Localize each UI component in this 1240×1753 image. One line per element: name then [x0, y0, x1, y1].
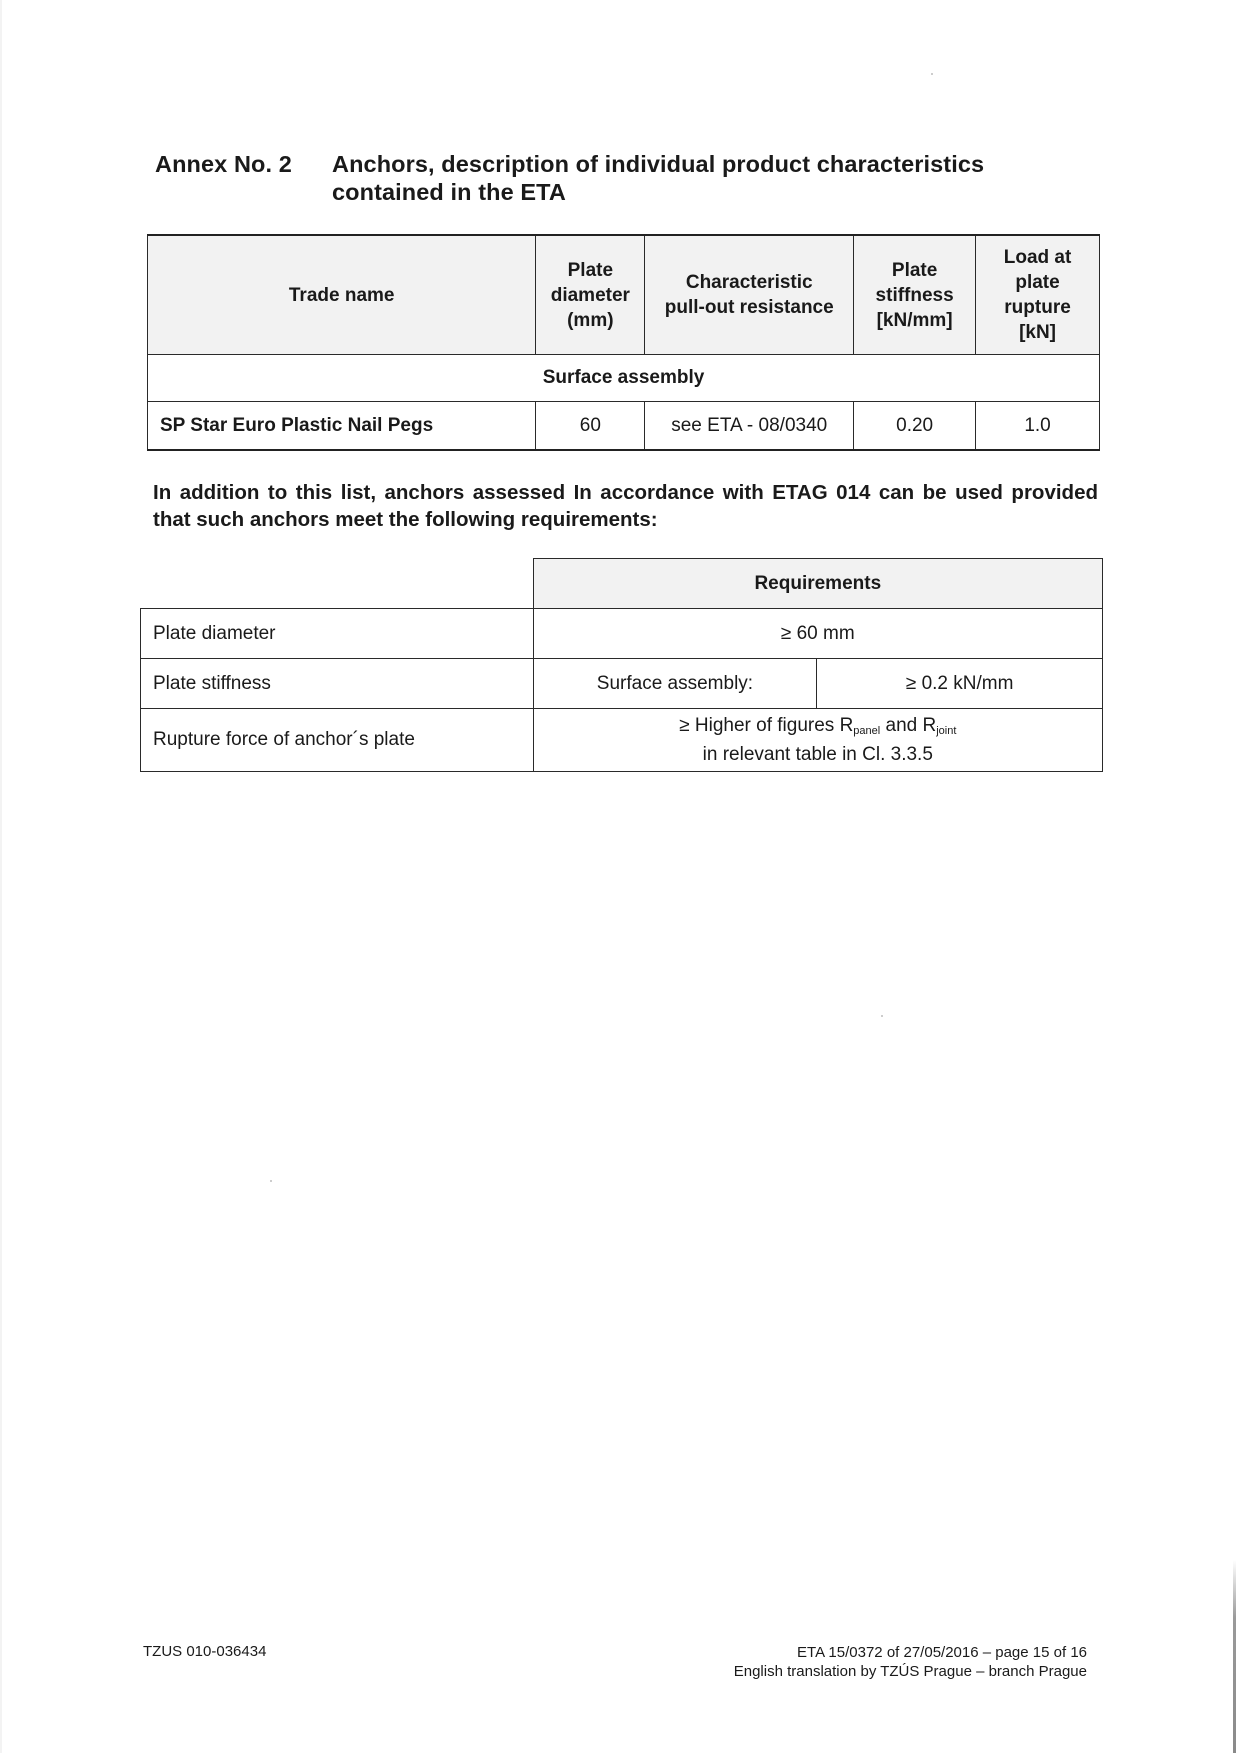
footer-doc-id: TZUS 010-036434 [143, 1643, 266, 1660]
header-text: stiffness [876, 285, 954, 306]
scan-edge-right [1233, 1560, 1236, 1753]
col-header-plate-stiffness: Plate stiffness [kN/mm] [854, 235, 976, 355]
col-header-trade-name: Trade name [148, 235, 536, 355]
header-text: Trade name [289, 285, 395, 306]
col-header-plate-diameter: Plate diameter (mm) [536, 235, 645, 355]
req-value-plate-diameter: ≥ 60 mm [533, 609, 1102, 659]
scan-speck [270, 1180, 272, 1182]
cell-plate-diameter: 60 [536, 402, 645, 451]
intro-paragraph: In addition to this list, anchors assess… [153, 479, 1098, 533]
req-label-plate-stiffness: Plate stiffness [141, 659, 534, 709]
requirements-table: Requirements Plate diameter ≥ 60 mm Plat… [140, 558, 1103, 772]
req-label-rupture-force: Rupture force of anchor´s plate [141, 709, 534, 772]
footer-eta-ref: ETA 15/0372 of 27/05/2016 – page 15 of 1… [734, 1643, 1087, 1662]
group-row: Surface assembly [148, 355, 1100, 402]
annex-number: Annex No. 2 [155, 150, 292, 178]
document-page: Annex No. 2 Anchors, description of indi… [0, 0, 1240, 1753]
req-label-plate-diameter: Plate diameter [141, 609, 534, 659]
header-text: (mm) [567, 310, 613, 331]
header-text: Plate [568, 260, 613, 281]
scan-edge-left [0, 0, 2, 1753]
empty-corner-cell [141, 559, 534, 609]
rupture-text-prefix: ≥ Higher of figures R [679, 715, 853, 736]
annex-title: Anchors, description of individual produ… [332, 150, 1052, 206]
header-text: Load at [1004, 247, 1072, 268]
table-row: Plate stiffness Surface assembly: ≥ 0.2 … [141, 659, 1103, 709]
req-value-rupture-force: ≥ Higher of figures Rpanel and Rjoint in… [533, 709, 1102, 772]
scan-speck [931, 73, 933, 75]
footer-translation-note: English translation by TZÚS Prague – bra… [734, 1662, 1087, 1681]
cell-load-at-rupture: 1.0 [976, 402, 1100, 451]
header-text: pull-out resistance [665, 297, 834, 318]
req-sublabel-surface-assembly: Surface assembly: [533, 659, 817, 709]
group-label-surface-assembly: Surface assembly [148, 355, 1100, 402]
cell-pull-out-resistance: see ETA - 08/0340 [645, 402, 854, 451]
table-row: Rupture force of anchor´s plate ≥ Higher… [141, 709, 1103, 772]
products-header-row: Trade name Plate diameter (mm) Character… [148, 235, 1100, 355]
scan-speck [881, 1015, 883, 1017]
header-text: Characteristic [686, 272, 813, 293]
header-text: rupture [1004, 297, 1071, 318]
cell-trade-name: SP Star Euro Plastic Nail Pegs [148, 402, 536, 451]
header-text: Plate [892, 260, 937, 281]
col-header-load-at-rupture: Load at plate rupture [kN] [976, 235, 1100, 355]
requirements-header-row: Requirements [141, 559, 1103, 609]
table-row: Plate diameter ≥ 60 mm [141, 609, 1103, 659]
req-value-plate-stiffness: ≥ 0.2 kN/mm [817, 659, 1103, 709]
subscript-joint: joint [936, 725, 956, 737]
cell-plate-stiffness: 0.20 [854, 402, 976, 451]
products-table: Trade name Plate diameter (mm) Character… [147, 234, 1100, 451]
header-text: [kN/mm] [877, 310, 953, 331]
rupture-text-mid: and R [880, 715, 936, 736]
header-text: diameter [551, 285, 630, 306]
header-text: plate [1015, 272, 1059, 293]
rupture-text-line2: in relevant table in Cl. 3.3.5 [703, 744, 933, 765]
subscript-panel: panel [853, 725, 880, 737]
footer-right: ETA 15/0372 of 27/05/2016 – page 15 of 1… [734, 1643, 1087, 1681]
header-text: [kN] [1019, 322, 1056, 343]
table-row: SP Star Euro Plastic Nail Pegs 60 see ET… [148, 402, 1100, 451]
requirements-header: Requirements [533, 559, 1102, 609]
col-header-pull-out-resistance: Characteristic pull-out resistance [645, 235, 854, 355]
